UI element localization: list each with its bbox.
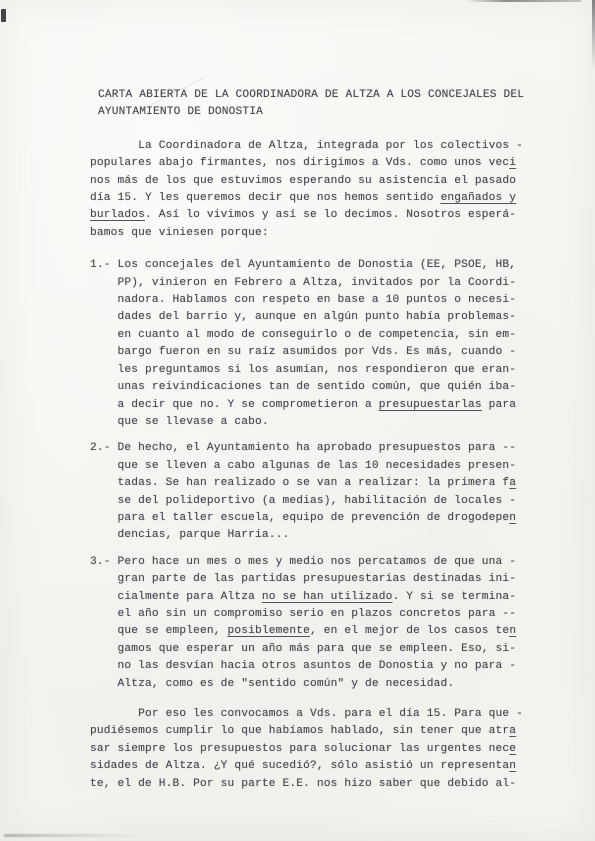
letter-body: CARTA ABIERTA DE LA COORDINADORA DE ALTZ… [90, 87, 524, 793]
scan-artifact-bottom-smudge [4, 834, 144, 837]
scan-artifact-top-edge [466, 0, 581, 2]
numbered-item-2: 2.- De hecho, el Ayuntamiento ha aprobad… [90, 440, 524, 544]
closing-paragraph: Por eso les convocamos a Vds. para el dí… [90, 706, 524, 793]
scanned-page: CARTA ABIERTA DE LA COORDINADORA DE ALTZ… [0, 0, 595, 841]
numbered-item-3: 3.- Pero hace un mes o mes y medio nos p… [90, 554, 524, 693]
numbered-item-1: 1.- Los concejales del Ayuntamiento de D… [90, 257, 524, 431]
letter-title: CARTA ABIERTA DE LA COORDINADORA DE ALTZ… [98, 87, 524, 122]
scan-artifact-left-mark [1, 9, 6, 22]
intro-paragraph: La Coordinadora de Altza, integrada por … [90, 138, 524, 242]
